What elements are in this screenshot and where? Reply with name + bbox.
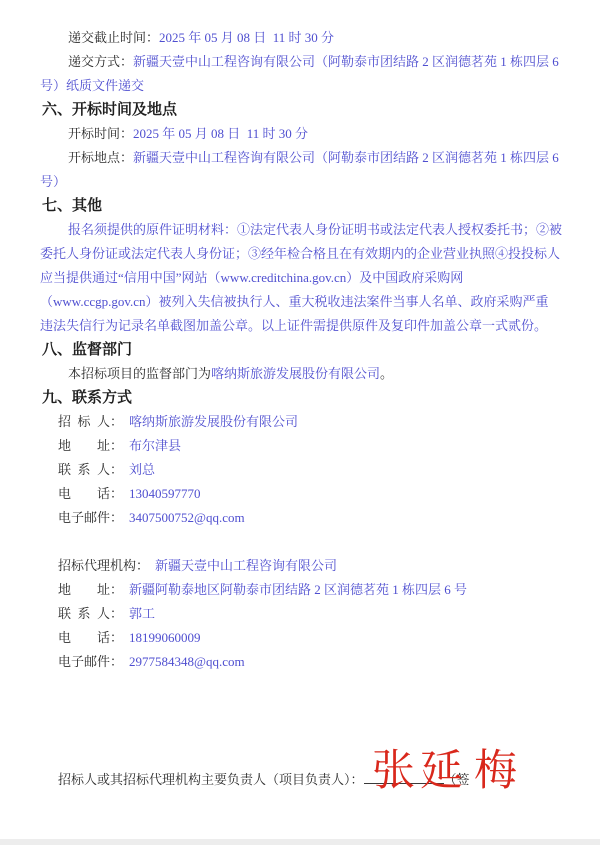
tenderer-address-value: 布尔津县 <box>129 438 181 453</box>
submission-method-value: 新疆天壹中山工程咨询有限公司（阿勒泰市团结路 2 区润德茗苑 1 栋四层 6 <box>133 54 559 69</box>
tenderer-contact-value: 刘总 <box>129 462 155 477</box>
opening-place-label: 开标地点： <box>68 150 133 165</box>
submission-method-line: 递交方式：新疆天壹中山工程咨询有限公司（阿勒泰市团结路 2 区润德茗苑 1 栋四… <box>0 50 600 74</box>
submission-deadline-label: 递交截止时间： <box>68 30 159 45</box>
supervisor-name: 喀纳斯旅游发展股份有限公司 <box>211 366 380 381</box>
submission-deadline-value: 2025 年 05 月 08 日 11 时 30 分 <box>159 30 334 45</box>
tenderer-email-value: 3407500752@qq.com <box>129 510 245 525</box>
section7-heading: 七、其他 <box>0 194 600 218</box>
submission-deadline-line: 递交截止时间：2025 年 05 月 08 日 11 时 30 分 <box>0 26 600 50</box>
tenderer-email-row: 电子邮件：3407500752@qq.com <box>0 506 600 530</box>
agency-contact-row: 联 系 人：郭工 <box>0 602 600 626</box>
agency-contact-value: 郭工 <box>129 606 155 621</box>
tenderer-phone-row: 电 话：13040597770 <box>0 482 600 506</box>
tenderer-address-row: 地 址：布尔津县 <box>0 434 600 458</box>
tender-document-page: 递交截止时间：2025 年 05 月 08 日 11 时 30 分 递交方式：新… <box>0 0 600 845</box>
agency-name-row: 招标代理机构：新疆天壹中山工程咨询有限公司 <box>0 554 600 578</box>
opening-place-value: 新疆天壹中山工程咨询有限公司（阿勒泰市团结路 2 区润德茗苑 1 栋四层 6 <box>133 150 559 165</box>
agency-email-value: 2977584348@qq.com <box>129 654 245 669</box>
opening-place-wrap-line: 号） <box>0 170 600 194</box>
submission-method-label: 递交方式： <box>68 54 133 69</box>
agency-email-row: 电子邮件：2977584348@qq.com <box>0 650 600 674</box>
page-bottom-edge <box>0 839 600 845</box>
tenderer-contact-row: 联 系 人：刘总 <box>0 458 600 482</box>
other-paragraph-line: 报名须提供的原件证明材料：①法定代表人身份证明书或法定代表人授权委托书；②被 <box>0 218 600 242</box>
signature-label: 招标人或其招标代理机构主要负责人（项目负责人）： <box>58 772 364 787</box>
section9-heading: 九、联系方式 <box>0 386 600 410</box>
other-paragraph-line: 违法失信行为记录名单截图加盖公章。以上证件需提供原件及复印件加盖公章一式贰份。 <box>0 314 600 338</box>
section8-heading: 八、监督部门 <box>0 338 600 362</box>
signature-handwritten-name: 延 <box>420 750 463 793</box>
supervisor-line: 本招标项目的监督部门为喀纳斯旅游发展股份有限公司。 <box>0 362 600 386</box>
agency-name-value: 新疆天壹中山工程咨询有限公司 <box>155 558 337 573</box>
agency-phone-row: 电 话：18199060009 <box>0 626 600 650</box>
signature-line: 招标人或其招标代理机构主要负责人（项目负责人）：（签张延梅 <box>0 768 600 792</box>
other-paragraph-line: （www.ccgp.gov.cn）被列入失信被执行人、重大税收违法案件当事人名单… <box>0 290 600 314</box>
tenderer-phone-value: 13040597770 <box>129 486 201 501</box>
submission-method-wrap-line: 号）纸质文件递交 <box>0 74 600 98</box>
opening-time-value: 2025 年 05 月 08 日 11 时 30 分 <box>133 126 308 141</box>
other-paragraph-line: 委托人身份证或法定代表人身份证；③经年检合格且在有效期内的企业营业执照④投投标人 <box>0 242 600 266</box>
other-paragraph-line: 应当提供通过“信用中国”网站（www.creditchina.gov.cn）及中… <box>0 266 600 290</box>
agency-phone-value: 18199060009 <box>129 630 201 645</box>
spacer <box>0 530 600 554</box>
agency-address-row: 地 址：新疆阿勒泰地区阿勒泰市团结路 2 区润德茗苑 1 栋四层 6 号 <box>0 578 600 602</box>
opening-time-label: 开标时间： <box>68 126 133 141</box>
tenderer-name-row: 招 标 人：喀纳斯旅游发展股份有限公司 <box>0 410 600 434</box>
signature-handwritten-name: 张 <box>372 750 415 793</box>
signature-handwritten-name: 梅 <box>474 750 517 793</box>
section6-heading: 六、开标时间及地点 <box>0 98 600 122</box>
agency-address-value: 新疆阿勒泰地区阿勒泰市团结路 2 区润德茗苑 1 栋四层 6 号 <box>129 582 467 597</box>
opening-place-line: 开标地点：新疆天壹中山工程咨询有限公司（阿勒泰市团结路 2 区润德茗苑 1 栋四… <box>0 146 600 170</box>
opening-time-line: 开标时间：2025 年 05 月 08 日 11 时 30 分 <box>0 122 600 146</box>
tenderer-name-value: 喀纳斯旅游发展股份有限公司 <box>129 414 298 429</box>
